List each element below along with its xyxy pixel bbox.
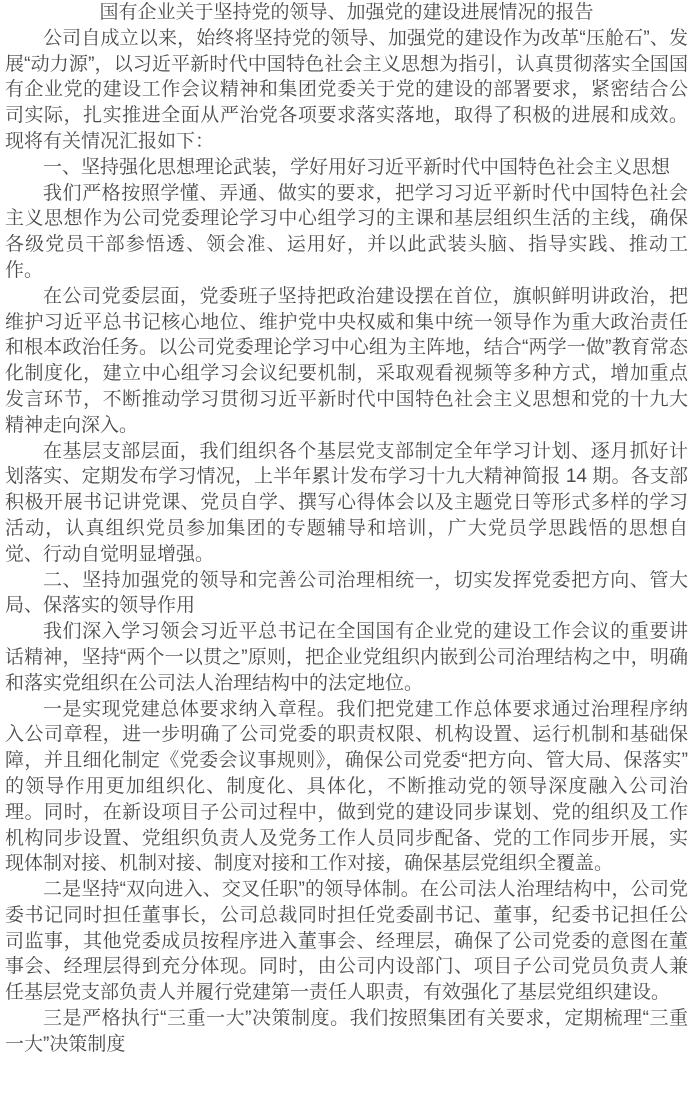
paragraph: 在基层支部层面，我们组织各个基层党支部制定全年学习计划、逐月抓好计划落实、定期发…: [5, 439, 688, 568]
paragraph: 公司自成立以来，始终将坚持党的领导、加强党的建设作为改革“压舱石”、发展“动力源…: [5, 26, 688, 155]
paragraph: 三是严格执行“三重一大”决策制度。我们按照集团有关要求，定期梳理“三重一大”决策…: [5, 1006, 688, 1058]
paragraph: 一是实现党建总体要求纳入章程。我们把党建工作总体要求通过治理程序纳入公司章程，进…: [5, 697, 688, 878]
document-body: 公司自成立以来，始终将坚持党的领导、加强党的建设作为改革“压舱石”、发展“动力源…: [5, 26, 688, 1058]
paragraph: 在公司党委层面，党委班子坚持把政治建设摆在首位，旗帜鲜明讲政治，把维护习近平总书…: [5, 284, 688, 439]
paragraph: 二、坚持加强党的领导和完善公司治理相统一，切实发挥党委把方向、管大局、保落实的领…: [5, 568, 688, 620]
paragraph: 我们严格按照学懂、弄通、做实的要求，把学习习近平新时代中国特色社会主义思想作为公…: [5, 181, 688, 284]
document-page: 国有企业关于坚持党的领导、加强党的建设进展情况的报告 公司自成立以来，始终将坚持…: [0, 0, 693, 1097]
document-title: 国有企业关于坚持党的领导、加强党的建设进展情况的报告: [5, 0, 688, 26]
paragraph: 一、坚持强化思想理论武装，学好用好习近平新时代中国特色社会主义思想: [5, 155, 688, 181]
paragraph: 我们深入学习领会习近平总书记在全国国有企业党的建设工作会议的重要讲话精神，坚持“…: [5, 619, 688, 696]
paragraph: 二是坚持“双向进入、交叉任职”的领导体制。在公司法人治理结构中，公司党委书记同时…: [5, 877, 688, 1006]
